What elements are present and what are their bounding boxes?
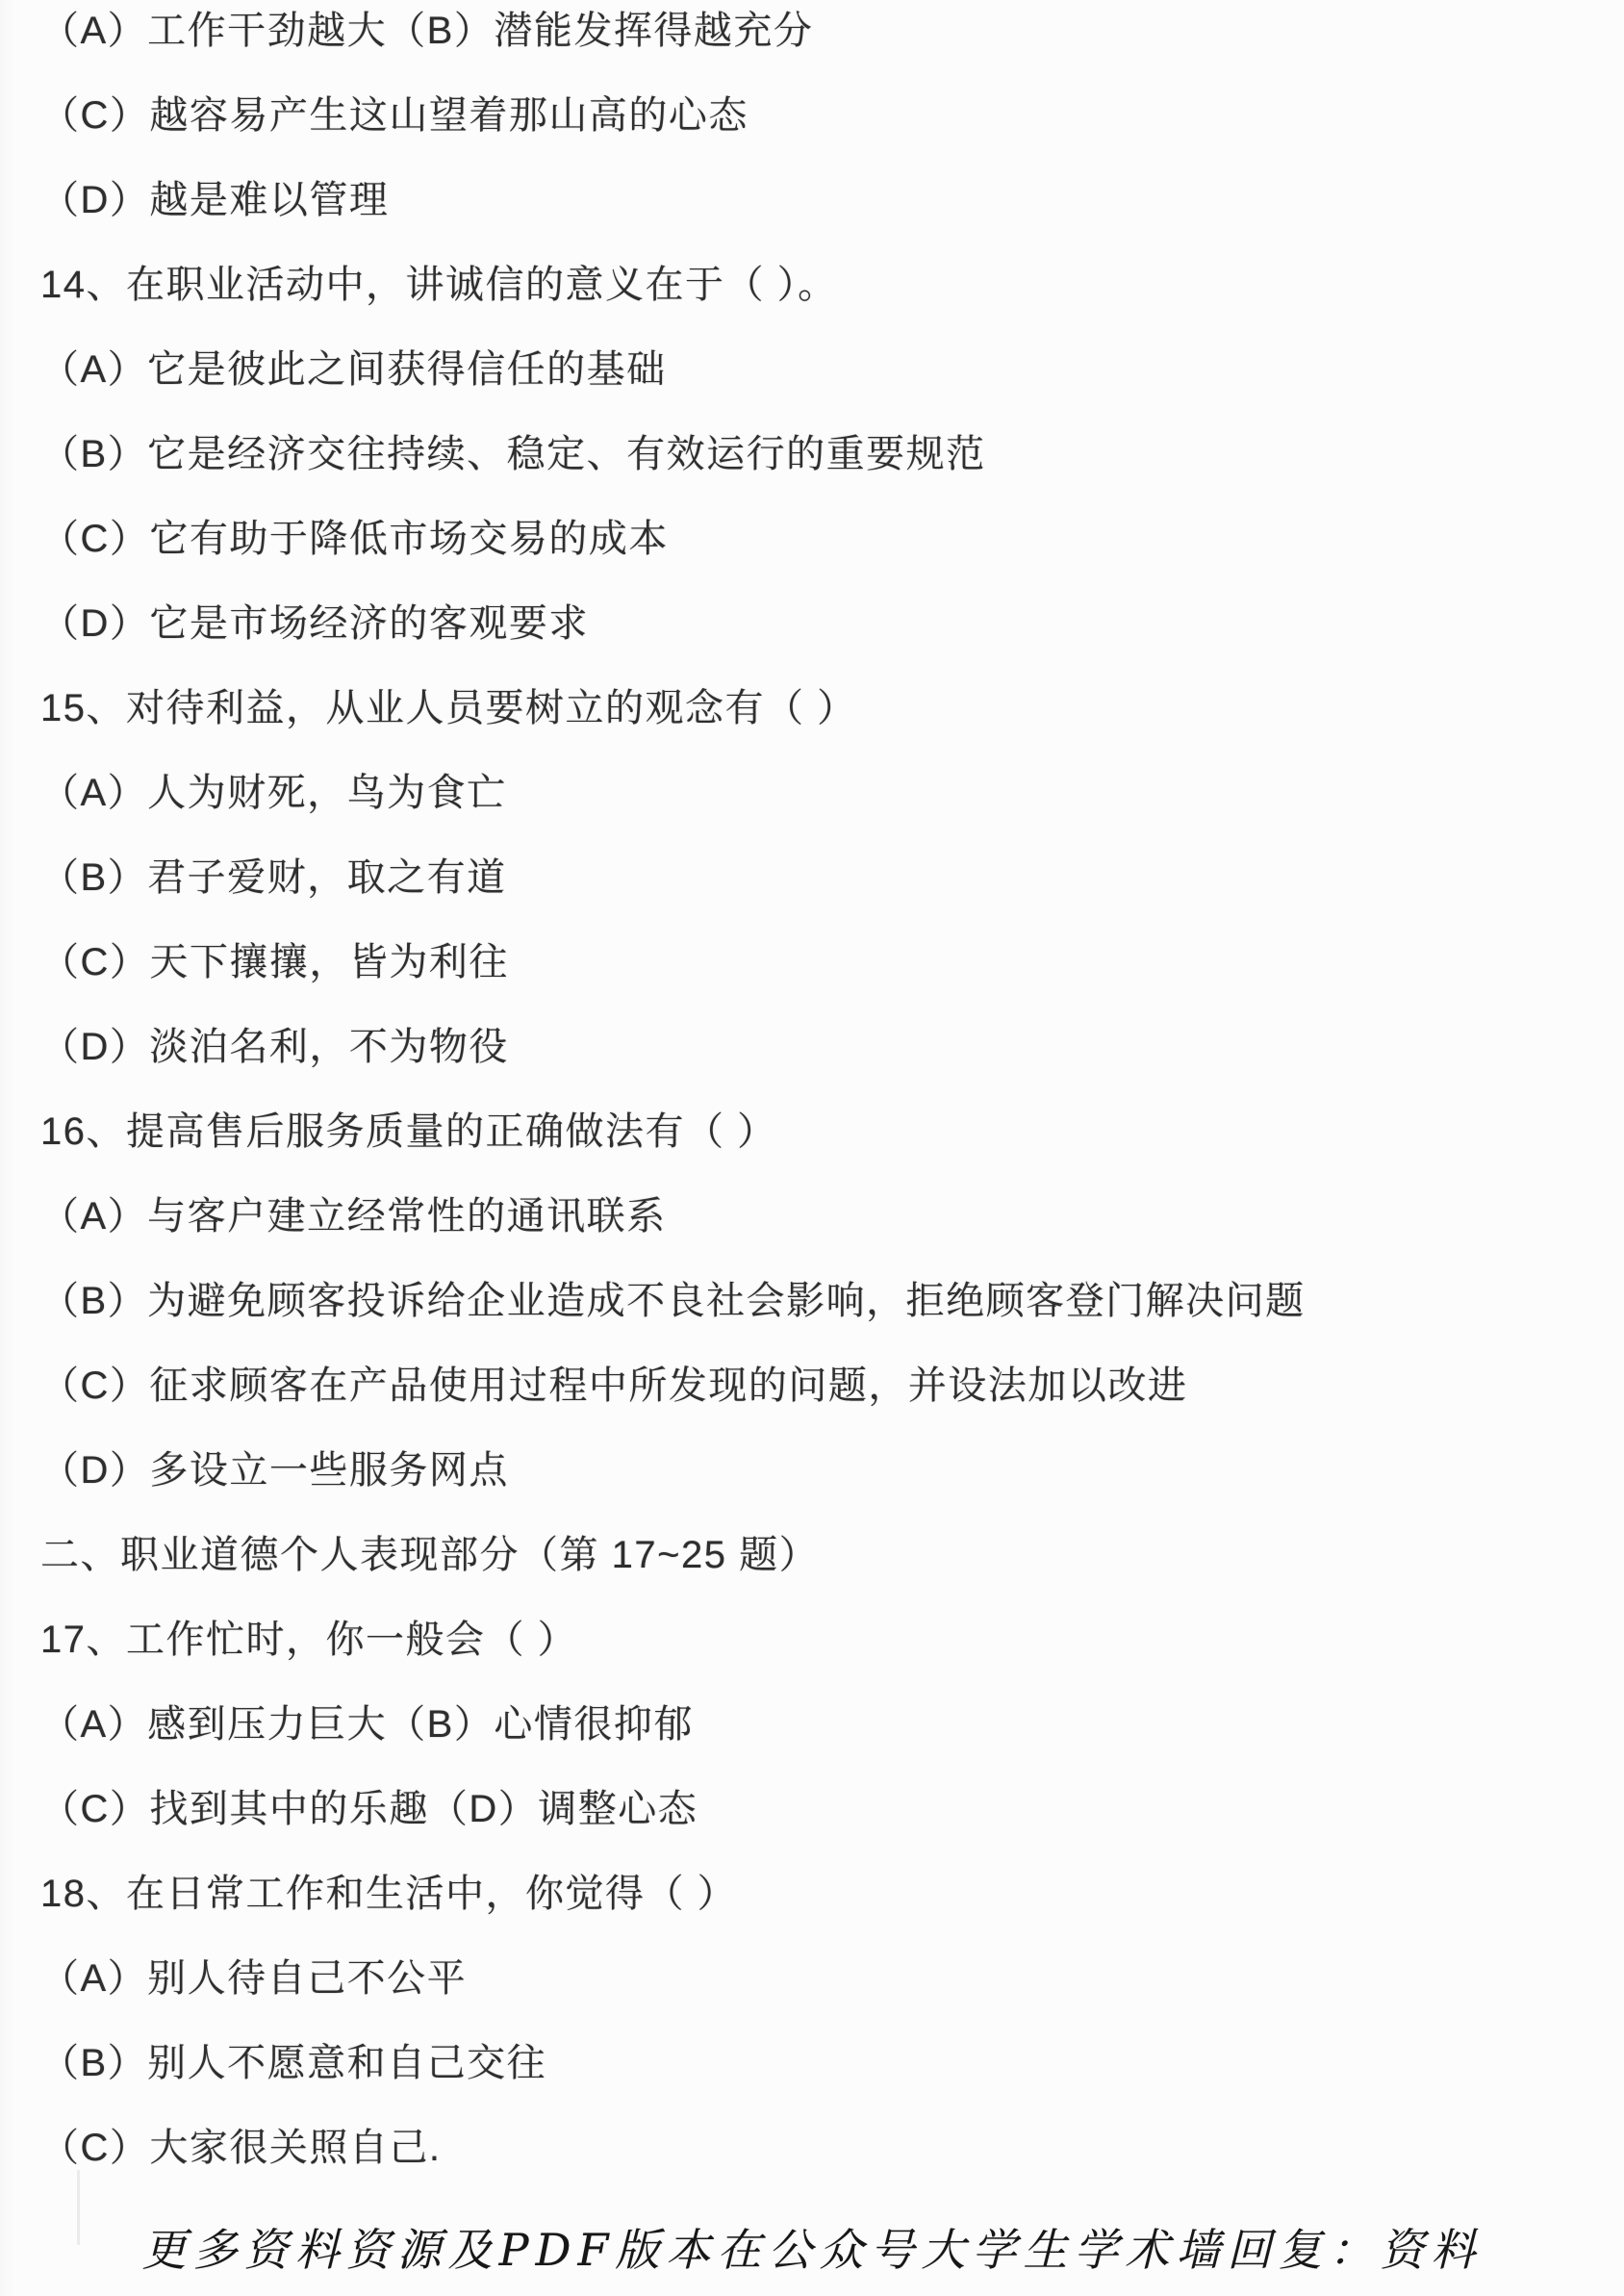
- option-line: （A）感到压力巨大（B）心情很抑郁: [40, 1701, 1614, 1786]
- question-line: 18、在日常工作和生活中，你觉得（ ）: [40, 1871, 1614, 1955]
- section-heading: 二、职业道德个人表现部分（第 17~25 题）: [40, 1532, 1614, 1617]
- option-line: （B）它是经济交往持续、稳定、有效运行的重要规范: [40, 431, 1614, 516]
- option-line: （C）找到其中的乐趣（D）调整心态: [40, 1786, 1614, 1871]
- question-text-block: （A）工作干劲越大（B）潜能发挥得越充分 （C）越容易产生这山望着那山高的心态 …: [40, 8, 1614, 2209]
- question-line: 14、在职业活动中，讲诚信的意义在于（ ）。: [40, 262, 1614, 346]
- option-line: （A）它是彼此之间获得信任的基础: [40, 346, 1614, 431]
- option-line: （D）多设立一些服务网点: [40, 1447, 1614, 1532]
- option-line: （A）工作干劲越大（B）潜能发挥得越充分: [40, 8, 1614, 92]
- option-line: （D）越是难以管理: [40, 177, 1614, 262]
- option-line: （C）它有助于降低市场交易的成本: [40, 516, 1614, 600]
- option-line: （C）越容易产生这山望着那山高的心态: [40, 92, 1614, 177]
- option-line: （B）为避免顾客投诉给企业造成不良社会影响，拒绝顾客登门解决问题: [40, 1278, 1614, 1363]
- footer-note: 更多资料资源及PDF版本在公众号大学生学术墙回复：资料: [0, 2223, 1624, 2277]
- question-line: 15、对待利益，从业人员要树立的观念有（ ）: [40, 685, 1614, 770]
- option-line: （D）它是市场经济的客观要求: [40, 600, 1614, 685]
- option-line: （B）君子爱财，取之有道: [40, 855, 1614, 939]
- scanned-exam-page: （A）工作干劲越大（B）潜能发挥得越充分 （C）越容易产生这山望着那山高的心态 …: [0, 0, 1624, 2296]
- option-line: （A）人为财死，鸟为食亡: [40, 770, 1614, 855]
- option-line: （B）别人不愿意和自己交往: [40, 2040, 1614, 2125]
- option-line: （D）淡泊名利，不为物役: [40, 1024, 1614, 1109]
- option-line: （C）天下攘攘，皆为利往: [40, 939, 1614, 1024]
- question-line: 17、工作忙时，你一般会（ ）: [40, 1617, 1614, 1701]
- option-line: （A）别人待自己不公平: [40, 1955, 1614, 2040]
- option-line: （C）大家很关照自己.: [40, 2125, 1614, 2209]
- option-line: （A）与客户建立经常性的通讯联系: [40, 1193, 1614, 1278]
- option-line: （C）征求顾客在产品使用过程中所发现的问题，并设法加以改进: [40, 1363, 1614, 1447]
- question-line: 16、提高售后服务质量的正确做法有（ ）: [40, 1109, 1614, 1193]
